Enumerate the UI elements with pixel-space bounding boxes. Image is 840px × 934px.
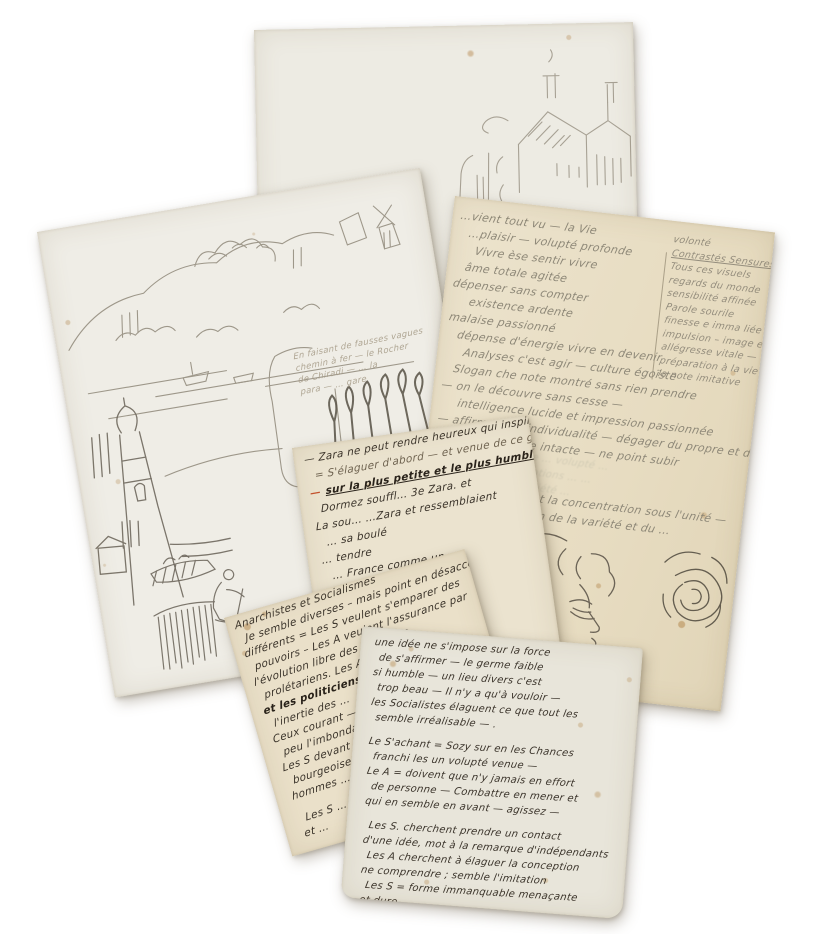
sheet-bottom-center-notes: une idée ne s'impose sur la forcede s'af… xyxy=(341,626,643,919)
hillside-outline xyxy=(56,229,345,350)
windmill-structures xyxy=(338,203,400,256)
margin-dash-mark: — xyxy=(310,486,321,500)
small-building xyxy=(94,534,130,576)
fence-hatching xyxy=(155,604,221,671)
photograph-of-manuscript-lot: En faisant de fausses vagueschemin à fer… xyxy=(0,0,840,934)
rose-scribble xyxy=(658,549,730,629)
tower-body xyxy=(106,429,183,605)
tree-cluster xyxy=(192,234,276,274)
bottom-center-notes-lines: une idée ne s'impose sur la forcede s'af… xyxy=(358,635,621,919)
